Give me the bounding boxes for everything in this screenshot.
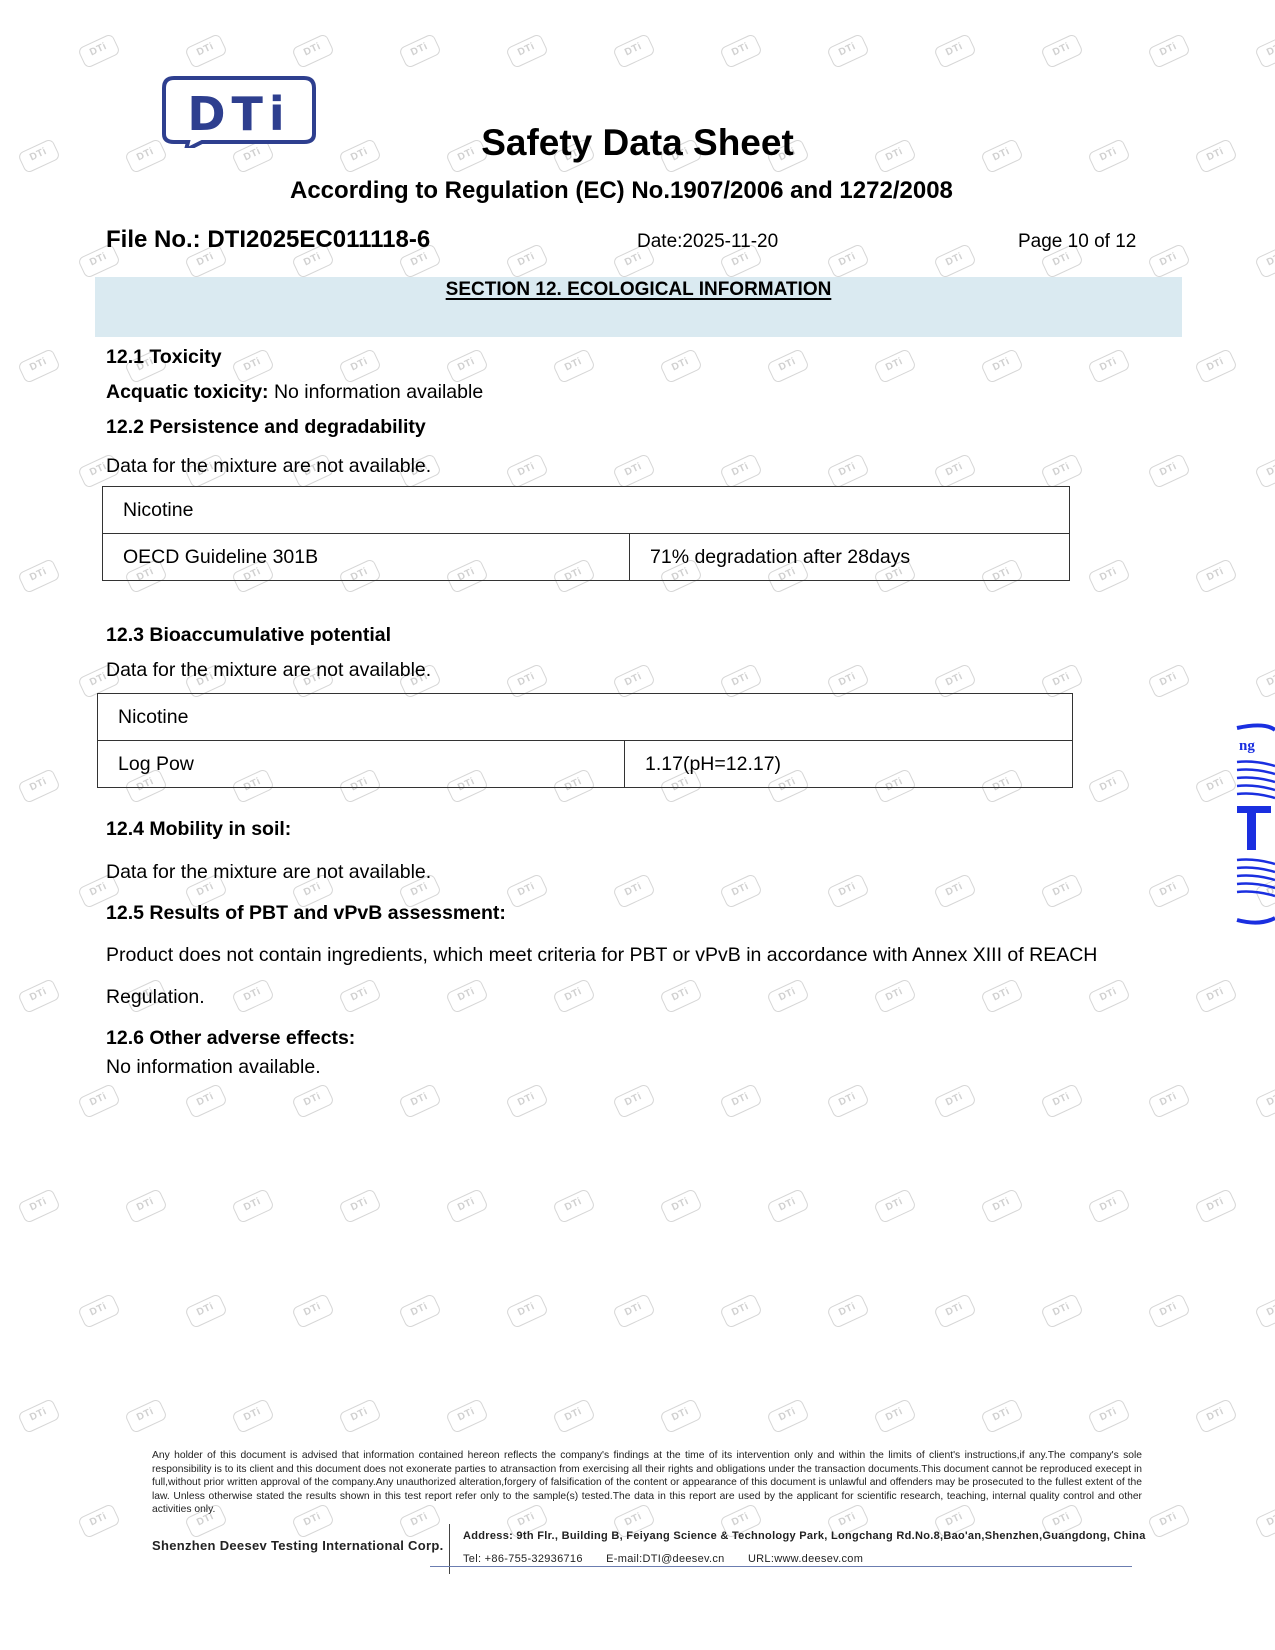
heading-bioaccumulative: 12.3 Bioaccumulative potential — [106, 624, 391, 647]
bioaccumulative-text: Data for the mixture are not available. — [106, 659, 431, 682]
heading-pbt: 12.5 Results of PBT and vPvB assessment: — [106, 902, 506, 925]
parameter-cell: Log Pow — [98, 741, 625, 788]
aquatic-toxicity-line: Acquatic toxicity: No information availa… — [106, 381, 483, 404]
footer-company-name: Shenzhen Deesev Testing International Co… — [152, 1538, 444, 1553]
footer-tel: Tel: +86-755-32936716 — [463, 1553, 583, 1565]
page-number: Page 10 of 12 — [1018, 231, 1136, 253]
section-title: SECTION 12. ECOLOGICAL INFORMATION — [95, 279, 1182, 301]
file-number: File No.: DTI2025EC011118-6 — [106, 226, 430, 254]
bioaccumulative-table: Nicotine Log Pow 1.17(pH=12.17) — [97, 693, 1073, 788]
footer-contact: Tel: +86-755-32936716 E-mail:DTI@deesev.… — [463, 1553, 883, 1565]
persistence-table: Nicotine OECD Guideline 301B 71% degrada… — [102, 486, 1070, 581]
pbt-text-line2: Regulation. — [106, 986, 205, 1009]
footer-address: Address: 9th Flr., Building B, Feiyang S… — [463, 1530, 1146, 1542]
heading-persistence: 12.2 Persistence and degradability — [106, 416, 426, 439]
substance-cell: Nicotine — [103, 487, 1070, 534]
heading-other-effects: 12.6 Other adverse effects: — [106, 1027, 355, 1050]
table-row: Nicotine — [98, 694, 1073, 741]
document-date: Date:2025-11-20 — [637, 231, 778, 253]
substance-cell: Nicotine — [98, 694, 1073, 741]
table-row: Nicotine — [103, 487, 1070, 534]
document-subtitle: According to Regulation (EC) No.1907/200… — [290, 177, 953, 205]
persistence-text: Data for the mixture are not available. — [106, 455, 431, 478]
company-stamp: ng — [1235, 720, 1275, 930]
section-header: SECTION 12. ECOLOGICAL INFORMATION — [95, 277, 1182, 337]
footer-url[interactable]: URL:www.deesev.com — [748, 1553, 863, 1565]
value-cell: 1.17(pH=12.17) — [625, 741, 1073, 788]
aquatic-toxicity-label: Acquatic toxicity: — [106, 381, 269, 403]
aquatic-toxicity-value: No information available — [269, 381, 484, 403]
table-row: OECD Guideline 301B 71% degradation afte… — [103, 534, 1070, 581]
stamp-text: ng — [1239, 738, 1255, 754]
document-title: Safety Data Sheet — [0, 122, 1275, 164]
test-method-cell: OECD Guideline 301B — [103, 534, 630, 581]
mobility-text: Data for the mixture are not available. — [106, 861, 431, 884]
heading-mobility: 12.4 Mobility in soil: — [106, 818, 291, 841]
table-row: Log Pow 1.17(pH=12.17) — [98, 741, 1073, 788]
footer-disclaimer: Any holder of this document is advised t… — [152, 1449, 1142, 1517]
test-result-cell: 71% degradation after 28days — [630, 534, 1070, 581]
footer-rule — [430, 1566, 1132, 1567]
other-effects-text: No information available. — [106, 1056, 321, 1079]
pbt-text-line1: Product does not contain ingredients, wh… — [106, 944, 1097, 967]
footer-email[interactable]: E-mail:DTI@deesev.cn — [606, 1553, 724, 1565]
heading-toxicity: 12.1 Toxicity — [106, 346, 222, 369]
